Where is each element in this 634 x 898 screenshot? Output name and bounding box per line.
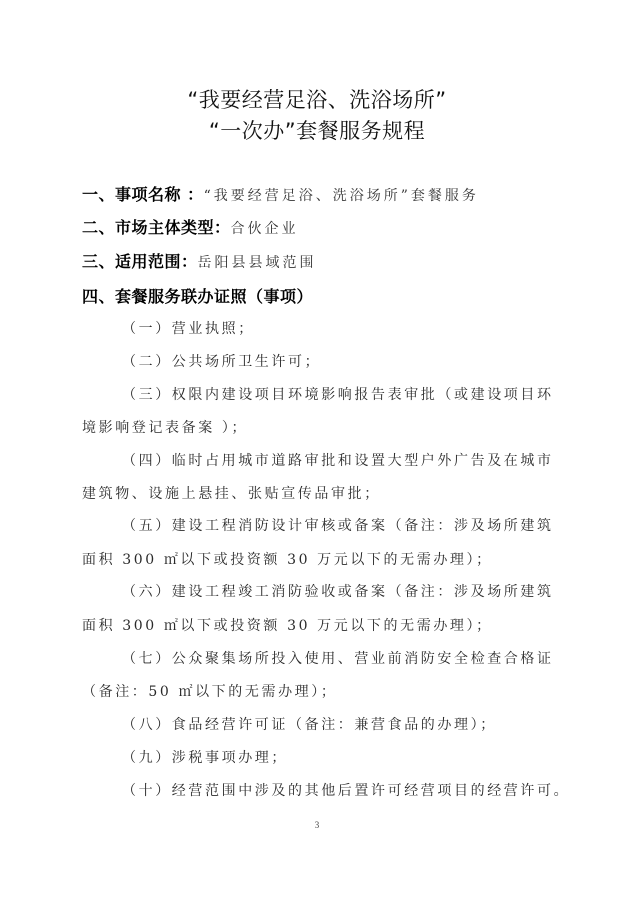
document-title-line-1: “我要经营足浴、洗浴场所” xyxy=(0,86,634,114)
section-value: 合伙企业 xyxy=(231,221,299,237)
license-item-2: （二）公共场所卫生许可； xyxy=(122,346,321,379)
license-item-1: （一）营业执照； xyxy=(122,313,255,346)
section-entity-type: 二、市场主体类型：合伙企业 xyxy=(82,211,299,244)
license-item-4: （四）临时占用城市道路审批和设置大型户外广告及在城市 xyxy=(122,445,554,478)
section-value: 岳阳县县域范围 xyxy=(198,255,317,271)
license-item-4-continued: 建筑物、设施上悬挂、张贴宣传品审批； xyxy=(82,478,381,511)
section-value: “我要经营足浴、洗浴场所”套餐服务 xyxy=(204,188,479,204)
license-item-10: （十）经营范围中涉及的其他后置许可经营项目的经营许可。 xyxy=(122,775,570,808)
license-item-9: （九）涉税事项办理； xyxy=(122,742,288,775)
section-heading: 二、市场主体类型： xyxy=(82,218,231,237)
license-item-7-continued: （备注：50 ㎡以下的无需办理）； xyxy=(82,676,337,709)
license-item-6-continued: 面积 300 ㎡以下或投资额 30 万元以下的无需办理）； xyxy=(82,610,493,643)
section-heading: 三、适用范围： xyxy=(82,252,198,271)
license-item-3-continued: 境影响登记表备案 ）； xyxy=(82,412,248,445)
section-heading: 一、事项名称 ： xyxy=(82,185,204,204)
section-item-name: 一、事项名称 ：“我要经营足浴、洗浴场所”套餐服务 xyxy=(82,178,479,211)
license-item-5-continued: 面积 300 ㎡以下或投资额 30 万元以下的无需办理）； xyxy=(82,544,493,577)
page-number: 3 xyxy=(0,820,634,830)
license-item-3: （三）权限内建设项目环境影响报告表审批（或建设项目环 xyxy=(122,379,554,412)
section-heading: 四、套餐服务联办证照（事项） xyxy=(82,287,313,306)
license-item-6: （六）建设工程竣工消防验收或备案（备注：涉及场所建筑 xyxy=(122,576,554,609)
section-scope: 三、适用范围：岳阳县县域范围 xyxy=(82,245,317,278)
section-joint-licenses: 四、套餐服务联办证照（事项） xyxy=(82,280,313,313)
document-page: “我要经营足浴、洗浴场所” “一次办”套餐服务规程 一、事项名称 ：“我要经营足… xyxy=(0,0,634,898)
document-title-line-2: “一次办”套餐服务规程 xyxy=(0,117,634,145)
license-item-7: （七）公众聚集场所投入使用、营业前消防安全检查合格证 xyxy=(122,643,554,676)
license-item-8: （八）食品经营许可证（备注：兼营食品的办理）； xyxy=(122,709,497,742)
license-item-5: （五）建设工程消防设计审核或备案（备注：涉及场所建筑 xyxy=(122,510,554,543)
